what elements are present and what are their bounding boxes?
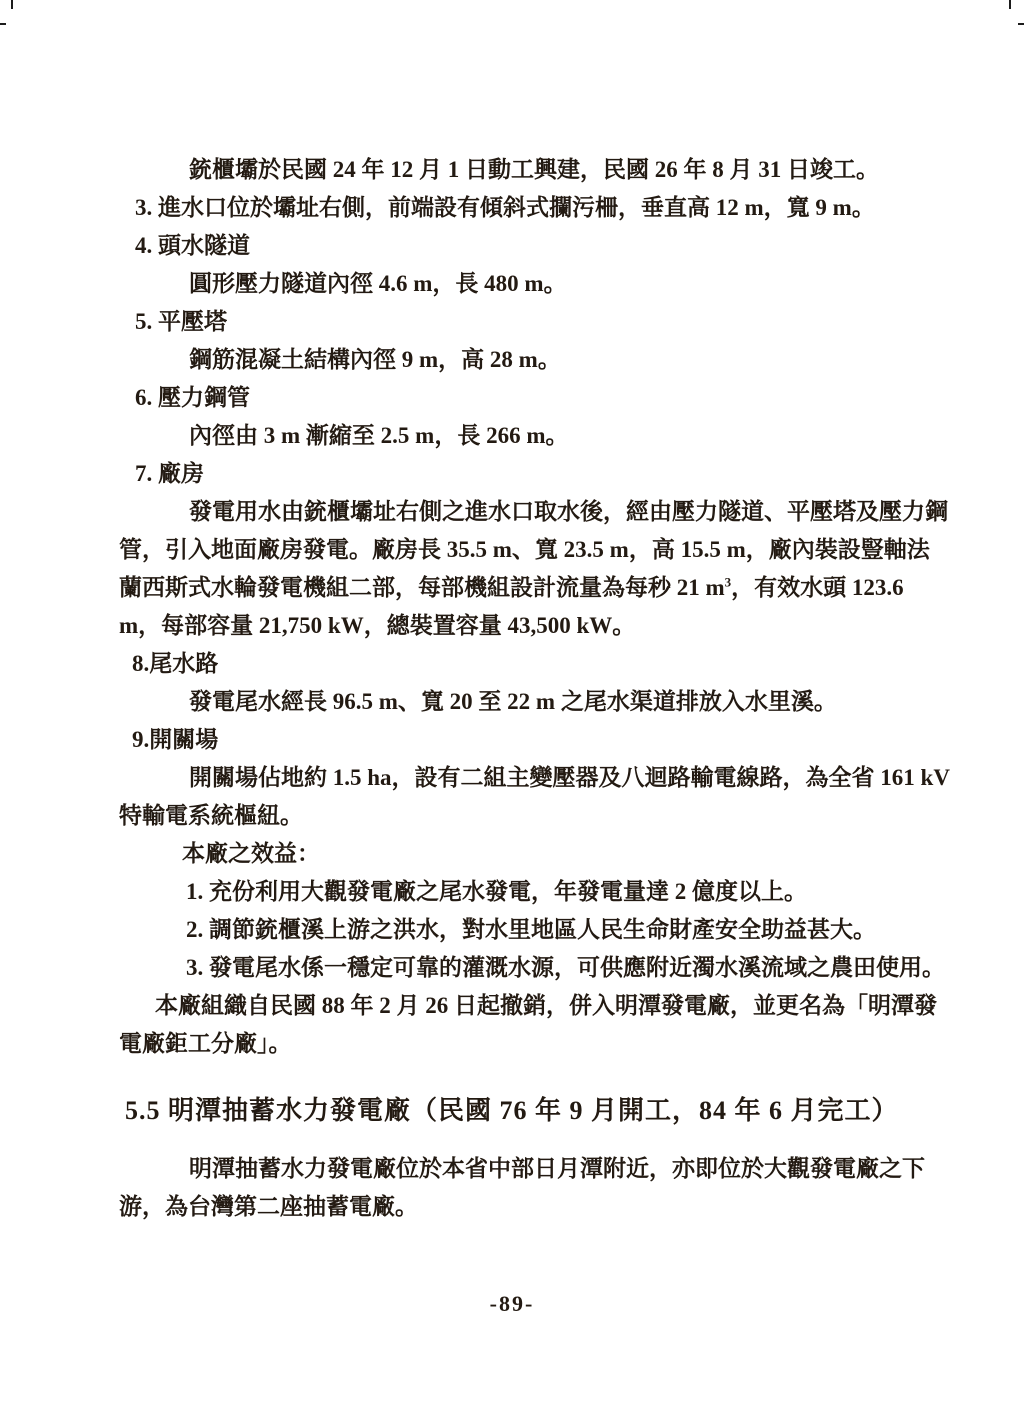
text-line: 發電尾水經長 96.5 m、寬 20 至 22 m 之尾水渠道排放入水里溪。 <box>119 683 914 721</box>
text-line: 3. 發電尾水係一穩定可靠的灌溉水源，可供應附近濁水溪流域之農田使用。 <box>119 949 914 987</box>
text-segment: ，有效水頭 123.6 <box>731 575 904 600</box>
text-segment: 7. 廠房 <box>135 461 204 486</box>
text-segment: 8.尾水路 <box>132 651 218 676</box>
text-line: 2. 調節銃櫃溪上游之洪水，對水里地區人民生命財產安全助益甚大。 <box>119 911 914 949</box>
text-line: 特輸電系統樞紐。 <box>119 797 914 835</box>
text-segment: 本廠組織自民國 88 年 2 月 26 日起撤銷，併入明潭發電廠，並更名為「明潭… <box>155 993 937 1018</box>
text-segment: 5.5 明潭抽蓄水力發電廠（民國 76 年 9 月開工，84 年 6 月完工） <box>125 1096 899 1125</box>
text-line: 發電用水由銃櫃壩址右側之進水口取水後，經由壓力隧道、平壓塔及壓力鋼 <box>119 493 914 531</box>
text-line: 管，引入地面廠房發電。廠房長 35.5 m、寬 23.5 m，高 15.5 m，… <box>119 531 914 569</box>
crop-mark-top-left <box>11 0 13 9</box>
text-segment: 鋼筋混凝土結構內徑 9 m，高 28 m。 <box>189 347 561 372</box>
text-segment: 開關場佔地約 1.5 ha，設有二組主變壓器及八迴路輸電線路，為全省 161 k… <box>189 765 950 790</box>
text-segment: 明潭抽蓄水力發電廠位於本省中部日月潭附近，亦即位於大觀發電廠之下 <box>189 1156 925 1181</box>
text-line: 9.開關場 <box>119 721 914 759</box>
text-segment: 管，引入地面廠房發電。廠房長 35.5 m、寬 23.5 m，高 15.5 m，… <box>119 537 930 562</box>
text-segment: m，每部容量 21,750 kW，總裝置容量 43,500 kW。 <box>119 613 635 638</box>
text-line: 本廠之效益： <box>119 835 914 873</box>
text-segment: 6. 壓力鋼管 <box>135 385 250 410</box>
crop-mark-left-edge <box>0 23 6 25</box>
text-segment: 1. 充份利用大觀發電廠之尾水發電，年發電量達 2 億度以上。 <box>186 879 807 904</box>
text-line: 銃櫃壩於民國 24 年 12 月 1 日動工興建，民國 26 年 8 月 31 … <box>119 151 914 189</box>
text-segment: 發電用水由銃櫃壩址右側之進水口取水後，經由壓力隧道、平壓塔及壓力鋼 <box>189 499 948 524</box>
text-line: 4. 頭水隧道 <box>119 227 914 265</box>
text-segment: 3. 發電尾水係一穩定可靠的灌溉水源，可供應附近濁水溪流域之農田使用。 <box>186 955 945 980</box>
text-segment: 特輸電系統樞紐。 <box>119 803 303 828</box>
text-line: 8.尾水路 <box>119 645 914 683</box>
text-line: m，每部容量 21,750 kW，總裝置容量 43,500 kW。 <box>119 607 914 645</box>
page-number: -89- <box>0 1291 1024 1317</box>
section-heading: 5.5 明潭抽蓄水力發電廠（民國 76 年 9 月開工，84 年 6 月完工） <box>119 1091 914 1131</box>
text-line: 3. 進水口位於壩址右側，前端設有傾斜式攔污柵，垂直高 12 m，寬 9 m。 <box>119 189 914 227</box>
text-line: 1. 充份利用大觀發電廠之尾水發電，年發電量達 2 億度以上。 <box>119 873 914 911</box>
text-segment: 4. 頭水隧道 <box>135 233 250 258</box>
text-segment: 內徑由 3 m 漸縮至 2.5 m，長 266 m。 <box>189 423 568 448</box>
text-segment: 發電尾水經長 96.5 m、寬 20 至 22 m 之尾水渠道排放入水里溪。 <box>189 689 837 714</box>
document-content: 銃櫃壩於民國 24 年 12 月 1 日動工興建，民國 26 年 8 月 31 … <box>119 151 914 1226</box>
document-page: 銃櫃壩於民國 24 年 12 月 1 日動工興建，民國 26 年 8 月 31 … <box>0 0 1024 1407</box>
text-line: 5. 平壓塔 <box>119 303 914 341</box>
text-line: 6. 壓力鋼管 <box>119 379 914 417</box>
text-segment: 蘭西斯式水輪發電機組二部，每部機組設計流量為每秒 21 m <box>119 575 725 600</box>
text-line: 鋼筋混凝土結構內徑 9 m，高 28 m。 <box>119 341 914 379</box>
text-segment: 5. 平壓塔 <box>135 309 227 334</box>
text-line: 電廠鉅工分廠」。 <box>119 1025 914 1063</box>
crop-mark-top-right <box>1009 0 1011 9</box>
text-segment: 游，為台灣第二座抽蓄電廠。 <box>119 1194 418 1219</box>
text-line: 明潭抽蓄水力發電廠位於本省中部日月潭附近，亦即位於大觀發電廠之下 <box>119 1150 914 1188</box>
text-line: 游，為台灣第二座抽蓄電廠。 <box>119 1188 914 1226</box>
text-segment: 3. 進水口位於壩址右側，前端設有傾斜式攔污柵，垂直高 12 m，寬 9 m。 <box>135 195 875 220</box>
text-line: 蘭西斯式水輪發電機組二部，每部機組設計流量為每秒 21 m3，有效水頭 123.… <box>119 569 914 607</box>
text-segment: 電廠鉅工分廠」。 <box>119 1031 292 1056</box>
text-segment: 本廠之效益： <box>182 841 320 866</box>
text-line: 開關場佔地約 1.5 ha，設有二組主變壓器及八迴路輸電線路，為全省 161 k… <box>119 759 914 797</box>
text-segment: 圓形壓力隧道內徑 4.6 m，長 480 m。 <box>189 271 567 296</box>
text-segment: 2. 調節銃櫃溪上游之洪水，對水里地區人民生命財產安全助益甚大。 <box>186 917 876 942</box>
text-line: 7. 廠房 <box>119 455 914 493</box>
text-segment: 9.開關場 <box>132 727 218 752</box>
text-segment: 銃櫃壩於民國 24 年 12 月 1 日動工興建，民國 26 年 8 月 31 … <box>189 157 879 182</box>
text-line: 本廠組織自民國 88 年 2 月 26 日起撤銷，併入明潭發電廠，並更名為「明潭… <box>119 987 914 1025</box>
text-line: 圓形壓力隧道內徑 4.6 m，長 480 m。 <box>119 265 914 303</box>
text-line: 內徑由 3 m 漸縮至 2.5 m，長 266 m。 <box>119 417 914 455</box>
crop-mark-right-edge <box>1018 23 1024 25</box>
